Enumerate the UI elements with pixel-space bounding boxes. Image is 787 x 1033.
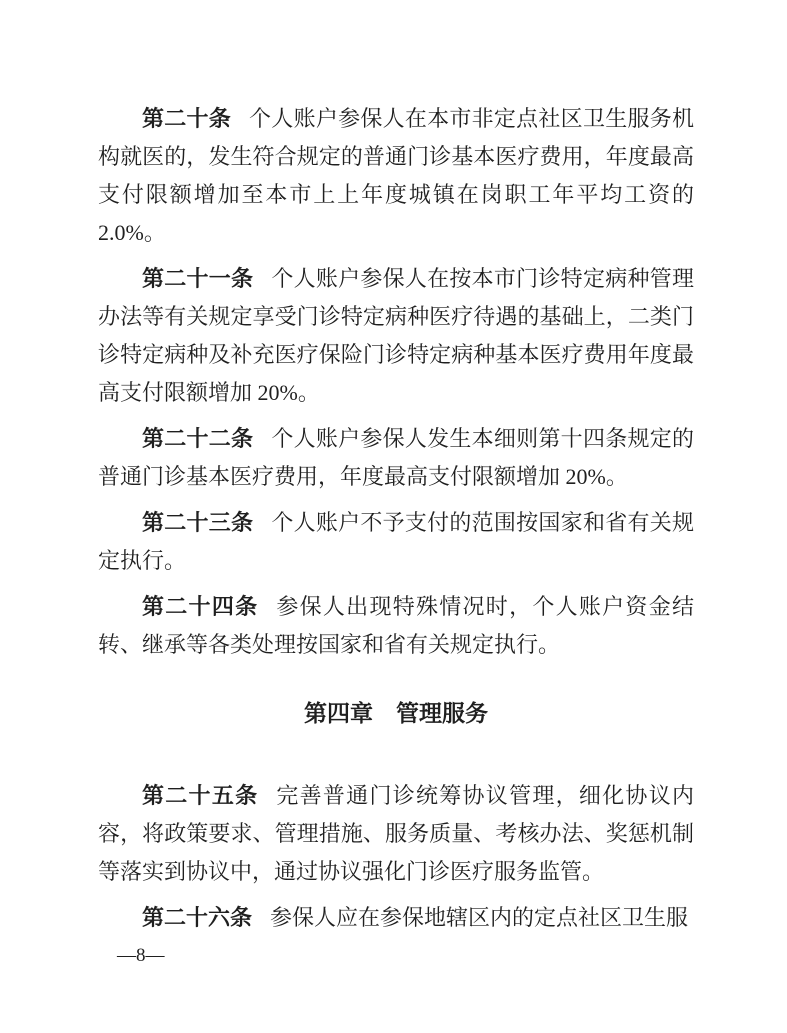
article-paragraph: 第二十一条个人账户参保人在按本市门诊特定病种管理办法等有关规定享受门诊特定病种医… (98, 260, 694, 412)
article-paragraph: 第二十五条完善普通门诊统筹协议管理，细化协议内容，将政策要求、管理措施、服务质量… (98, 777, 694, 891)
article-number: 第二十六条 (142, 905, 252, 930)
article-paragraph: 第二十二条个人账户参保人发生本细则第十四条规定的普通门诊基本医疗费用，年度最高支… (98, 420, 694, 496)
chapter-heading: 第四章 管理服务 (98, 694, 694, 732)
article-paragraph: 第二十三条个人账户不予支付的范围按国家和省有关规定执行。 (98, 504, 694, 580)
article-text: 参保人应在参保地辖区内的定点社区卫生服 (270, 905, 688, 930)
article-paragraph: 第二十四条参保人出现特殊情况时，个人账户资金结转、继承等各类处理按国家和省有关规… (98, 588, 694, 664)
article-number: 第二十条 (142, 106, 231, 131)
document-body: 第二十条个人账户参保人在本市非定点社区卫生服务机构就医的，发生符合规定的普通门诊… (98, 100, 694, 945)
article-number: 第二十四条 (142, 594, 258, 619)
article-paragraph: 第二十条个人账户参保人在本市非定点社区卫生服务机构就医的，发生符合规定的普通门诊… (98, 100, 694, 252)
article-number: 第二十五条 (142, 783, 258, 808)
article-number: 第二十一条 (142, 266, 253, 291)
article-number: 第二十三条 (142, 510, 253, 535)
document-page: 第二十条个人账户参保人在本市非定点社区卫生服务机构就医的，发生符合规定的普通门诊… (0, 0, 787, 1033)
article-number: 第二十二条 (142, 426, 253, 451)
page-number: —8— (117, 943, 165, 969)
article-paragraph: 第二十六条参保人应在参保地辖区内的定点社区卫生服 (98, 899, 694, 937)
